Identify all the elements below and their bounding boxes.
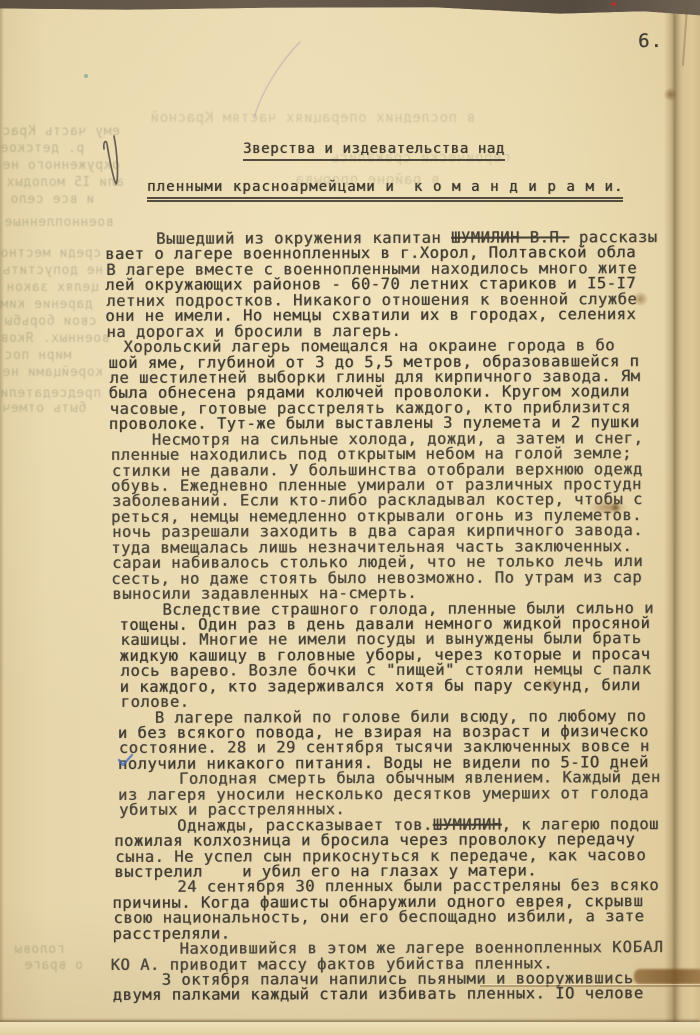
paragraph: В лагере палкой по голове били всюду, по… xyxy=(118,709,677,773)
text-line: состояние. 28 и 29 сентября тысячи заклю… xyxy=(119,739,677,756)
paragraph: Однажды, рассказывает тов.ШУМИЛИН, к лаг… xyxy=(114,817,677,881)
green-ink-dot xyxy=(84,74,88,78)
document-title-line-1: Зверства и издевательства над xyxy=(243,141,505,161)
text-line: В лагере палкой по голове били всюду, по… xyxy=(119,709,677,726)
paragraph: Несмотря на сильные холода, дожди, а зат… xyxy=(111,431,677,603)
text-line: 24 сентября 30 пленных были расстреляны … xyxy=(113,878,677,895)
bleedthrough-text: али I5 молодых xyxy=(6,175,124,190)
text-line: кашицы. Многие не имели посуды и вынужде… xyxy=(120,631,676,648)
bleedthrough-text: среди местно xyxy=(0,246,101,261)
body-text: Вышедший из окружения капитан ШУМИЛИН В.… xyxy=(100,230,678,1022)
text-line: Хорольский лагерь помещался на окраине г… xyxy=(109,338,675,355)
text-line: сына. Не успел сын прикоснуться к переда… xyxy=(115,847,677,864)
bleedthrough-text: и все село xyxy=(10,192,94,207)
bleedthrough-text: свои борьбы xyxy=(4,314,97,329)
bleedthrough-text: ему часть Крас xyxy=(2,124,120,139)
paragraph: Голодная смерть была обычным явлением. К… xyxy=(118,770,677,818)
paragraph: 3 октября палачи напились пьяными и воор… xyxy=(113,971,678,1004)
bleedthrough-text: военнопленные xyxy=(4,215,114,230)
scanned-document-screenshot: { "page": { "number": "6.", "title_line1… xyxy=(0,0,700,1035)
page-number: 6. xyxy=(638,30,663,52)
document-title-line-2: пленными красноармейцами и к о м а н д и… xyxy=(147,179,623,202)
scan-bottom-edge xyxy=(0,1022,700,1035)
text-line: часовые, готовые расстрелять каждого, кт… xyxy=(110,400,676,417)
text-line: Вышедший из окружения капитан ШУМИЛИН В.… xyxy=(106,230,675,247)
text-line: Вследствие страшного голода, пленные был… xyxy=(120,600,676,617)
bleedthrough-text: быть отмеч xyxy=(2,401,86,416)
text-line: свою национальность, они его беспощадно … xyxy=(113,909,677,926)
tape-smudge xyxy=(634,969,700,984)
bleedthrough-text: мирн пос xyxy=(4,348,71,363)
paragraph: Хорольский лагерь помещался на окраине г… xyxy=(108,338,675,433)
bleedthrough-text: р. детское xyxy=(0,141,84,156)
text-line: лось варево. Возле бочки с "пищей" стоял… xyxy=(121,662,677,679)
text-line: ле шестилетней выборки глины для кирпичн… xyxy=(109,369,675,386)
bleedthrough-text: о враге xyxy=(24,958,83,973)
text-line: Однажды, рассказывает тов.ШУМИЛИН, к лаг… xyxy=(115,817,677,834)
bleedthrough-text: головы xyxy=(14,942,65,957)
paragraph: Вышедший из окружения капитан ШУМИЛИН В.… xyxy=(105,230,675,340)
underlying-page-edge xyxy=(674,0,700,1035)
paragraph: 24 сентября 30 пленных были расстреляны … xyxy=(112,878,677,942)
red-ink-dot xyxy=(611,2,616,6)
bleedthrough-text: председатели xyxy=(0,386,101,401)
bleedthrough-text: военных. Яков xyxy=(0,331,110,346)
bleedthrough-text: не допустить xyxy=(2,263,103,278)
bleedthrough-text: в последних операциях частям Красной xyxy=(150,110,475,126)
bleedthrough-text: окруженного не xyxy=(2,158,120,173)
text-line: летних подростков. Никакого отношения к … xyxy=(106,292,675,309)
crease-line xyxy=(480,985,700,987)
text-line: В лагере вместе с военнопленными находил… xyxy=(106,261,675,278)
bleedthrough-text: целях закон xyxy=(6,280,99,295)
paragraph: Вследствие страшного голода, пленные был… xyxy=(119,600,676,710)
emphasized-name: ШУМИЛИН В.П. xyxy=(451,230,569,247)
emphasized-name: КОБАЛ xyxy=(612,938,664,956)
paragraph: Находившийся в этом же лагере военноплен… xyxy=(110,940,677,973)
bleedthrough-text: корейцами не xyxy=(2,365,103,380)
text-line: двумя палками каждый стали избивать плен… xyxy=(113,986,678,1003)
emphasized-name: ШУМИЛИН xyxy=(433,815,502,833)
bleedthrough-text: дарение ким xyxy=(0,297,93,312)
